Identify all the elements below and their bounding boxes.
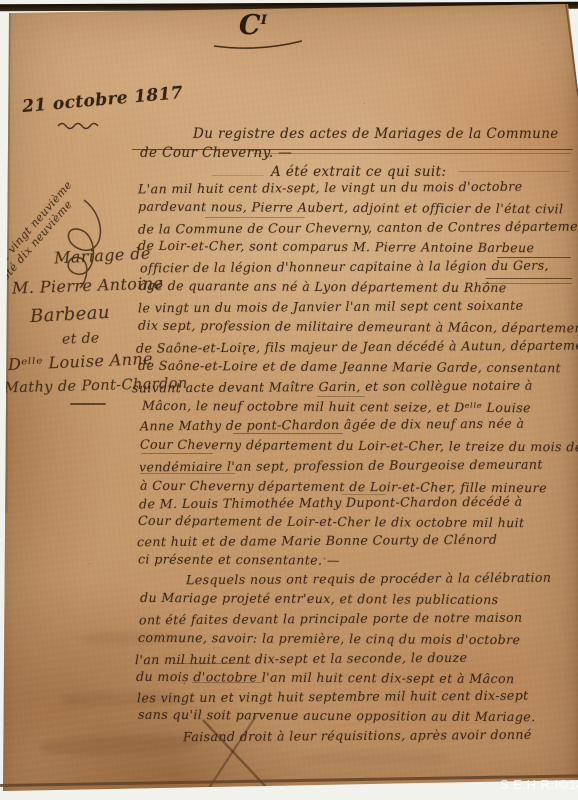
body-line: vendémiaire l'an sept, profession de Bou… — [139, 458, 543, 475]
ink-rule — [212, 175, 264, 176]
margin-note-line: Barbeau — [30, 302, 111, 327]
body-line: suivant acte devant Maître Garin, et son… — [132, 379, 533, 396]
body-line: L'an mil huit cent dix-sept, le vingt un… — [138, 180, 523, 197]
body-line: de Loir-et-Cher, sont comparus M. Pierre… — [138, 239, 534, 255]
classmark-underline-stroke — [212, 38, 304, 52]
body-line: les vingt un et vingt huit septembre mil… — [137, 689, 529, 706]
body-line: du mois d'octobre l'an mil huit cent dix… — [136, 670, 515, 686]
archive-watermark: S.E.H.R.I©18/20.15 — [500, 777, 578, 792]
margin-note-line: Mariage de — [54, 243, 152, 267]
classification-mark: CI — [239, 10, 267, 41]
margin-date-note: 21 octobre 1817 — [21, 83, 183, 117]
body-line: à Cour Cheverny département de Loir-et-C… — [140, 479, 547, 495]
body-line: pardevant nous, Pierre Aubert, adjoint e… — [138, 200, 564, 217]
body-line: l'an mil huit cent dix-sept et la second… — [135, 651, 467, 667]
scanned-document-page: CI 21 octobre 1817 Côte vingt neuvième c… — [0, 0, 578, 800]
body-line: officier de la légion d'honneur capitain… — [140, 259, 549, 276]
body-line: Anne Mathy de pont-Chardon âgée de dix n… — [140, 417, 525, 434]
body-line: ci présente et consentante. — — [138, 552, 340, 567]
body-line: dix sept, profession de militaire demeur… — [138, 319, 578, 336]
body-line: Cour Cheverny département du Loir-et-Che… — [140, 438, 578, 455]
classification-superscript: I — [261, 13, 267, 28]
body-line: de Saône-et-Loire et de dame Jeanne Mari… — [138, 359, 561, 376]
foxing-specks — [243, 352, 246, 355]
body-line: âgé de quarante ans né à Lyon départemen… — [139, 279, 507, 295]
bleedthrough-smudge — [300, 752, 450, 764]
body-line: ont été faites devant la principale port… — [139, 611, 523, 628]
ink-underline — [141, 453, 213, 454]
body-line: de la Commune de Cour Cheverny, canton d… — [138, 219, 578, 236]
ink-rule — [253, 153, 571, 154]
ink-rule — [458, 171, 570, 172]
body-line: de Saône-et-Loire, fils majeur de Jean d… — [136, 338, 578, 355]
margin-note-dash — [70, 403, 106, 405]
paper-corner-edge — [560, 1, 578, 101]
ink-underline — [233, 433, 343, 434]
classification-letter: C — [239, 10, 261, 41]
body-line: Mâcon, le neuf octobre mil huit cent sei… — [142, 399, 531, 415]
body-line: cent huit et de dame Marie Bonne Courty … — [137, 533, 497, 550]
body-line: commune, savoir: la première, le cinq du… — [138, 631, 521, 647]
body-line: le vingt un du mois de Janvier l'an mil … — [138, 299, 524, 316]
bleedthrough-smudge — [80, 632, 185, 644]
extract-title-line: Du registre des actes de Mariages de la … — [193, 126, 559, 142]
ink-underline — [205, 217, 305, 218]
body-line: de M. Louis Thimothée Mathy Dupont-Chard… — [139, 495, 523, 512]
ink-underline — [317, 396, 365, 397]
extract-subtitle: A été extrait ce qui suit: — [271, 164, 446, 180]
margin-note-line: Dᵉˡˡᵉ Louise Anne — [8, 349, 154, 374]
date-underline-squiggle — [56, 120, 106, 130]
body-line: Lesquels nous ont requis de procéder à l… — [186, 571, 551, 588]
manuscript-paper: CI 21 octobre 1817 Côte vingt neuvième c… — [0, 0, 578, 800]
body-line: du Mariage projeté entr'eux, et dont les… — [140, 591, 499, 607]
bleedthrough-smudge — [40, 733, 201, 757]
margin-note-line: et de — [62, 330, 100, 347]
body-line: Cour département de Loir-et-Cher le dix … — [138, 514, 525, 530]
